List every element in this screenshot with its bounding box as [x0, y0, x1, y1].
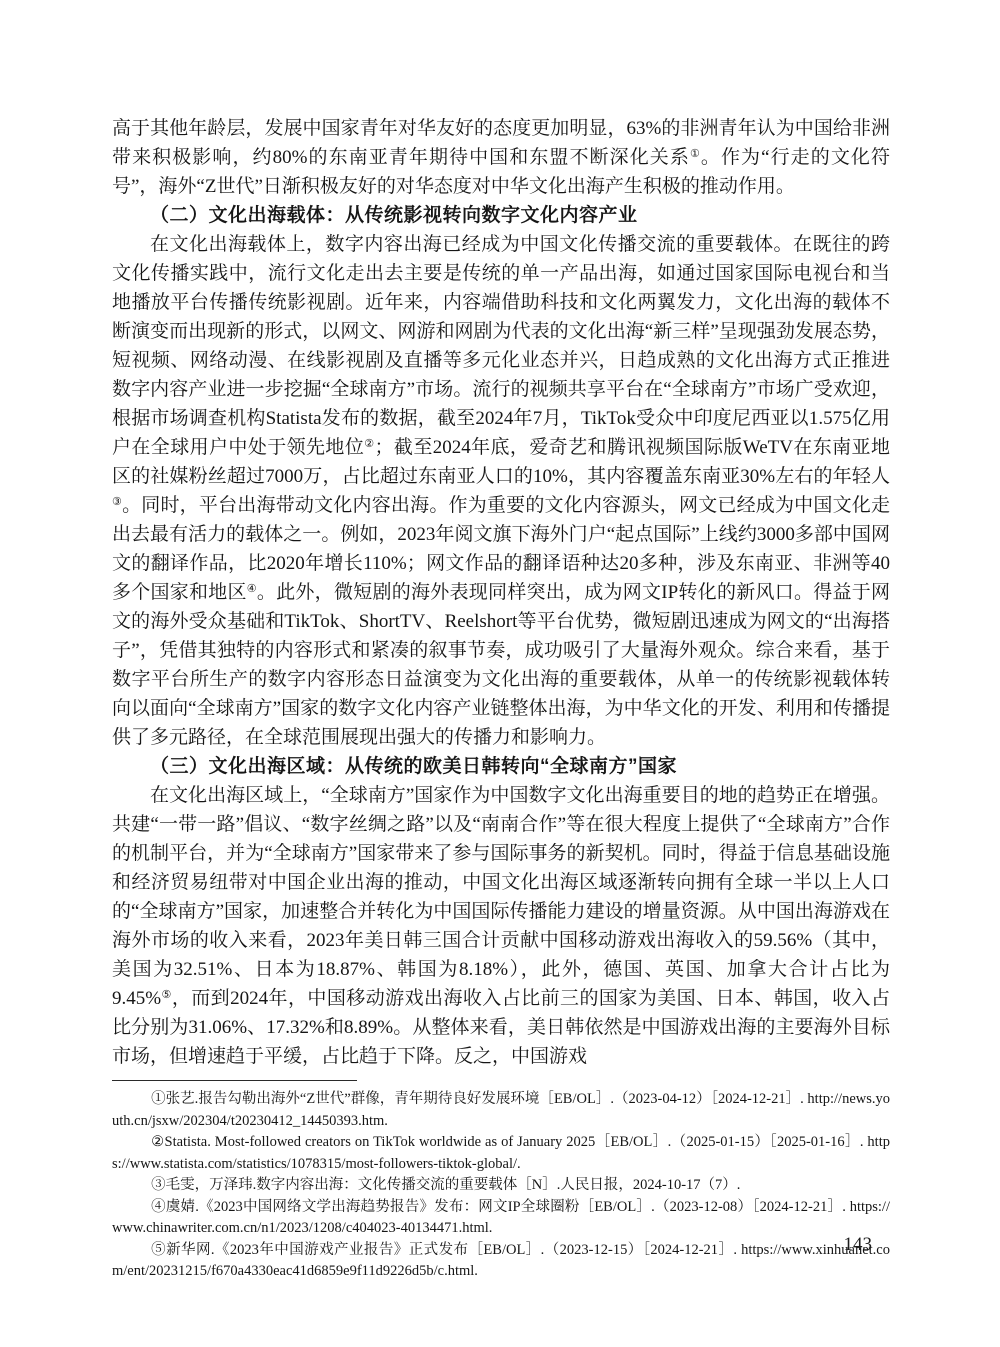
- footnote-ref: ②: [364, 438, 374, 450]
- text-run: ，而到2024年，中国移动游戏出海收入占比前三的国家为美国、日本、韩国，收入占比…: [112, 988, 890, 1067]
- journal-page: 高于其他年龄层，发展中国家青年对华友好的态度更加明显，63%的非洲青年认为中国给…: [0, 0, 1000, 1347]
- text-run: 在文化出海区域上，“全球南方”国家作为中国数字文化出海重要目的地的趋势正在增强。…: [112, 785, 890, 1009]
- paragraph-continuation: 高于其他年龄层，发展中国家青年对华友好的态度更加明显，63%的非洲青年认为中国给…: [112, 114, 890, 201]
- footnote-item: ④虞婧.《2023中国网络文学出海趋势报告》发布：网文IP全球圈粉［EB/OL］…: [112, 1197, 890, 1240]
- footnote-item: ⑤新华网.《2023年中国游戏产业报告》正式发布［EB/OL］.（2023-12…: [112, 1240, 890, 1283]
- text-run: 。此外，微短剧的海外表现同样突出，成为网文IP转化的新风口。得益于网文的海外受众…: [112, 582, 890, 748]
- footnote-ref: ④: [247, 583, 257, 595]
- article-body: 高于其他年龄层，发展中国家青年对华友好的态度更加明显，63%的非洲青年认为中国给…: [112, 114, 890, 1283]
- footnote-ref: ③: [112, 496, 122, 508]
- text-run: 在文化出海载体上，数字内容出海已经成为中国文化传播交流的重要载体。在既往的跨文化…: [112, 234, 890, 458]
- paragraph-carriers: 在文化出海载体上，数字内容出海已经成为中国文化传播交流的重要载体。在既往的跨文化…: [112, 230, 890, 752]
- footnote-divider: [112, 1080, 357, 1081]
- section-heading-2: （二）文化出海载体：从传统影视转向数字文化内容产业: [112, 201, 890, 230]
- footnote-ref: ①: [690, 148, 701, 160]
- page-number: 143: [844, 1234, 873, 1256]
- footnotes-section: ①张艺.报告勾勒出海外“Z世代”群像，青年期待良好发展环境［EB/OL］.（20…: [112, 1089, 890, 1283]
- footnote-item: ①张艺.报告勾勒出海外“Z世代”群像，青年期待良好发展环境［EB/OL］.（20…: [112, 1089, 890, 1132]
- section-heading-3: （三）文化出海区域：从传统的欧美日韩转向“全球南方”国家: [112, 752, 890, 781]
- footnote-item: ②Statista. Most-followed creators on Tik…: [112, 1132, 890, 1175]
- footnote-ref: ⑤: [161, 989, 172, 1001]
- footnote-item: ③毛雯，万泽玮.数字内容出海：文化传播交流的重要载体［N］.人民日报，2024-…: [112, 1175, 890, 1197]
- paragraph-regions: 在文化出海区域上，“全球南方”国家作为中国数字文化出海重要目的地的趋势正在增强。…: [112, 781, 890, 1071]
